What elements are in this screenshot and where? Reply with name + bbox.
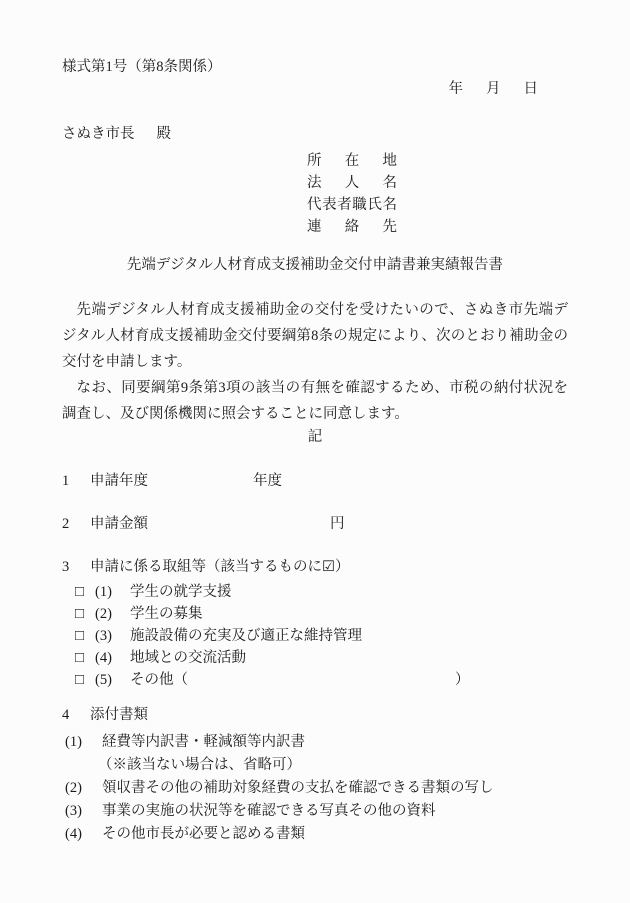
checkbox-icon[interactable]: □ (75, 625, 95, 647)
attachment-1-note: （※該当ない場合は、省略可） (98, 754, 568, 777)
attachment-row-3: (3) 事業の実施の状況等を確認できる写真その他の資料 (65, 800, 568, 823)
sender-representative-label: 代表者職氏名 (307, 194, 397, 216)
option-1-number: (1) (95, 581, 130, 603)
checkbox-icon[interactable]: □ (75, 647, 95, 669)
sender-field-corporation: 法人名 (307, 172, 568, 194)
item-4-number: 4 (62, 708, 90, 723)
attachment-row-1: (1) 経費等内訳書・軽減額等内訳書 (65, 731, 568, 754)
date-day-label: 日 (524, 82, 539, 97)
option-2-label: 学生の募集 (130, 603, 203, 625)
option-1-label: 学生の就学支援 (130, 581, 232, 603)
item-4-attachments: (1) 経費等内訳書・軽減額等内訳書 （※該当ない場合は、省略可） (2) 領収… (62, 731, 568, 846)
attachment-3-label: 事業の実施の状況等を確認できる写真その他の資料 (102, 800, 436, 823)
option-row-5: □ (5) その他（ ） (75, 669, 568, 691)
attachment-4-number: (4) (65, 823, 102, 846)
option-2-number: (2) (95, 603, 130, 625)
item-2-application-amount: 2 申請金額 円 (62, 517, 568, 532)
option-3-label: 施設設備の充実及び適正な維持管理 (130, 625, 362, 647)
option-row-3: □ (3) 施設設備の充実及び適正な維持管理 (75, 625, 568, 647)
item-2-number: 2 (62, 517, 90, 532)
body-paragraph-1: 先端デジタル人材育成支援補助金の交付を受けたいので、さぬき市先端デジタル人材育成… (62, 297, 568, 375)
form-number: 様式第1号（第8条関係） (62, 60, 568, 75)
option-row-1: □ (1) 学生の就学支援 (75, 581, 568, 603)
item-2-label: 申請金額 (90, 517, 148, 532)
date-line: 年 月 日 (62, 82, 568, 97)
sender-corporation-label: 法人名 (307, 172, 397, 194)
item-4-header: 4 添付書類 (62, 708, 568, 723)
sender-field-contact: 連絡先 (307, 216, 568, 238)
item-1-application-year: 1 申請年度 年度 (62, 474, 568, 489)
item-4-label: 添付書類 (90, 708, 148, 723)
option-4-number: (4) (95, 647, 130, 669)
document-title: 先端デジタル人材育成支援補助金交付申請書兼実績報告書 (62, 257, 568, 273)
document-page: 様式第1号（第8条関係） 年 月 日 さぬき市長 殿 所在地 法人名 代表者職氏… (0, 0, 630, 903)
date-month-label: 月 (486, 82, 501, 97)
attachment-row-2: (2) 領収書その他の補助対象経費の支払を確認できる書類の写し (65, 777, 568, 800)
option-3-number: (3) (95, 625, 130, 647)
attachment-3-number: (3) (65, 800, 102, 823)
record-marker: 記 (62, 430, 568, 445)
addressee-honorific: 殿 (157, 127, 172, 142)
attachment-2-number: (2) (65, 777, 102, 800)
option-5-number: (5) (95, 669, 130, 691)
attachment-1-number: (1) (65, 731, 102, 754)
attachment-row-4: (4) その他市長が必要と認める書類 (65, 823, 568, 846)
item-1-year-suffix: 年度 (253, 474, 282, 489)
addressee-line: さぬき市長 殿 (62, 127, 568, 142)
option-row-2: □ (2) 学生の募集 (75, 603, 568, 625)
sender-block: 所在地 法人名 代表者職氏名 連絡先 (307, 150, 568, 238)
addressee-name: さぬき市長 (62, 127, 135, 142)
sender-field-address: 所在地 (307, 150, 568, 172)
attachment-4-label: その他市長が必要と認める書類 (102, 823, 305, 846)
option-5-label: その他（ (130, 669, 188, 691)
item-3-options: □ (1) 学生の就学支援 □ (2) 学生の募集 □ (3) 施設設備の充実及… (62, 581, 568, 691)
attachment-1-label: 経費等内訳書・軽減額等内訳書 (102, 731, 305, 754)
checkbox-icon[interactable]: □ (75, 669, 95, 691)
option-4-label: 地域との交流活動 (130, 647, 246, 669)
option-row-4: □ (4) 地域との交流活動 (75, 647, 568, 669)
option-5-close-paren: ） (455, 669, 470, 691)
sender-address-label: 所在地 (307, 150, 397, 172)
item-3-header: 3 申請に係る取組等（該当するものに☑） (62, 560, 568, 575)
item-3-number: 3 (62, 560, 90, 575)
body-text: 先端デジタル人材育成支援補助金の交付を受けたいので、さぬき市先端デジタル人材育成… (62, 297, 568, 427)
attachment-2-label: 領収書その他の補助対象経費の支払を確認できる書類の写し (102, 777, 494, 800)
item-3-label: 申請に係る取組等（該当するものに☑） (90, 560, 350, 575)
item-1-number: 1 (62, 474, 90, 489)
checkbox-icon[interactable]: □ (75, 581, 95, 603)
date-year-label: 年 (449, 82, 464, 97)
item-2-yen-suffix: 円 (330, 517, 345, 532)
checkbox-icon[interactable]: □ (75, 603, 95, 625)
sender-field-representative: 代表者職氏名 (307, 194, 568, 216)
body-paragraph-2: なお、同要綱第9条第3項の該当の有無を確認するため、市税の納付状況を調査し、及び… (62, 375, 568, 427)
sender-contact-label: 連絡先 (307, 216, 397, 238)
item-1-label: 申請年度 (90, 474, 148, 489)
